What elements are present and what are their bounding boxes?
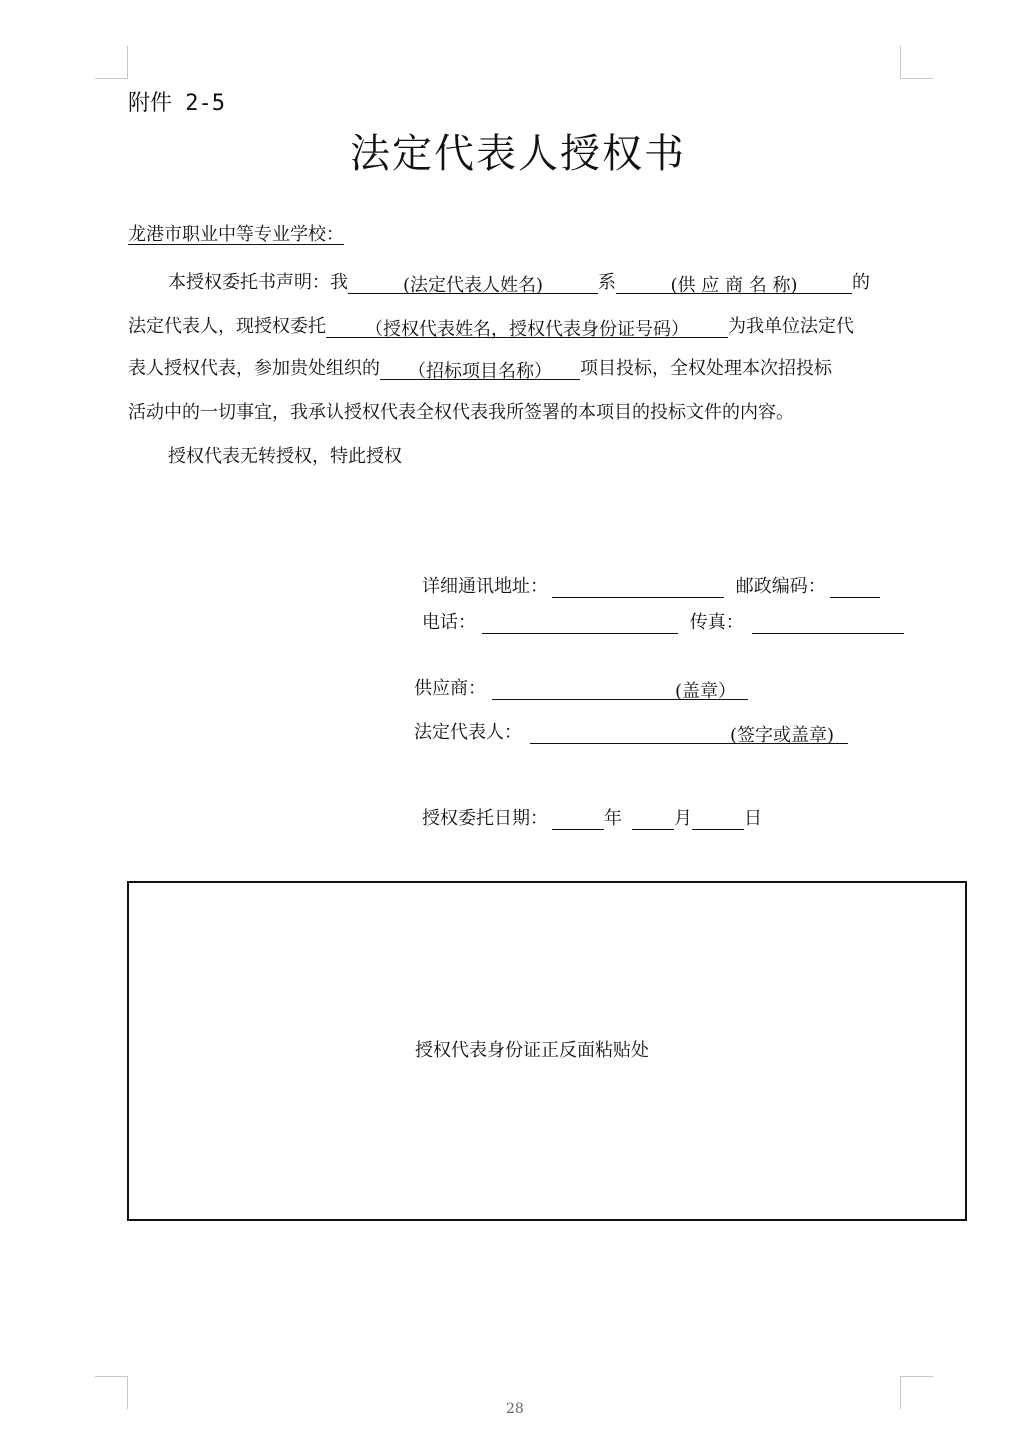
fax-label: 传真：: [690, 612, 744, 633]
fax-field[interactable]: [752, 611, 904, 634]
legal-rep-sign-note: (签字或盖章): [730, 725, 834, 746]
addressee: 龙港市职业中等专业学校：: [128, 220, 344, 246]
phone-label: 电话：: [422, 612, 476, 633]
supplier-name-field[interactable]: (供 应 商 名 称): [616, 271, 852, 294]
crop-mark-top-left-v: [127, 46, 128, 78]
supplier-row: 供应商：(盖章）: [414, 674, 748, 700]
body-line-4: 活动中的一切事宜，我承认授权代表全权代表我所签署的本项目的投标文件的内容。: [128, 398, 794, 424]
supplier-label: 供应商：: [414, 678, 486, 699]
crop-mark-top-left-h: [95, 78, 128, 79]
body-line-1: 本授权委托书声明：我(法定代表人姓名)系(供 应 商 名 称)的: [168, 268, 870, 294]
date-row: 授权委托日期：年月日: [422, 804, 762, 830]
supplier-seal-note: (盖章）: [675, 681, 736, 702]
address-label: 详细通讯地址：: [422, 576, 548, 597]
legal-rep-sign-field[interactable]: (签字或盖章): [530, 721, 848, 744]
day-field[interactable]: [692, 807, 744, 830]
address-field[interactable]: [552, 575, 724, 598]
attachment-label: 附件 2-5: [128, 86, 225, 117]
body-line-3: 表人授权代表，参加贵处组织的（招标项目名称）项目投标，全权处理本次招投标: [128, 354, 832, 380]
project-name-field[interactable]: （招标项目名称）: [380, 357, 580, 380]
date-label: 授权委托日期：: [422, 808, 548, 829]
postcode-label: 邮政编码：: [736, 576, 826, 597]
supplier-name-hint: (供 应 商 名 称): [671, 275, 798, 296]
p1-prefix: 本授权委托书声明：我: [168, 272, 348, 293]
crop-mark-bottom-left-h: [95, 1376, 128, 1377]
crop-mark-bottom-left-v: [127, 1376, 128, 1409]
body-line-5: 授权代表无转授权，特此授权: [168, 442, 402, 468]
id-card-paste-label: 授权代表身份证正反面粘贴处: [415, 1036, 649, 1062]
page-title: 法定代表人授权书: [350, 122, 686, 179]
legal-rep-name-field[interactable]: (法定代表人姓名): [348, 271, 598, 294]
year-label: 年: [604, 808, 622, 829]
authorized-rep-hint: （授权代表姓名，授权代表身份证号码）: [365, 319, 689, 340]
p1-mid: 系: [598, 272, 616, 293]
supplier-seal-field[interactable]: (盖章）: [492, 677, 748, 700]
page-number: 28: [506, 1401, 524, 1417]
crop-mark-top-right-v: [900, 46, 901, 78]
phone-row: 电话： 传真：: [422, 608, 904, 634]
phone-field[interactable]: [482, 611, 678, 634]
year-field[interactable]: [552, 807, 604, 830]
month-label: 月: [674, 808, 692, 829]
authorized-rep-field[interactable]: （授权代表姓名，授权代表身份证号码）: [326, 315, 728, 338]
body-line-2: 法定代表人，现授权委托（授权代表姓名，授权代表身份证号码）为我单位法定代: [128, 312, 854, 338]
p3-prefix: 表人授权代表，参加贵处组织的: [128, 358, 380, 379]
month-field[interactable]: [632, 807, 674, 830]
p2-suffix: 为我单位法定代: [728, 316, 854, 337]
legal-rep-label: 法定代表人：: [414, 722, 522, 743]
address-row: 详细通讯地址： 邮政编码：: [422, 572, 880, 598]
p3-suffix: 项目投标，全权处理本次招投标: [580, 358, 832, 379]
crop-mark-top-right-h: [900, 78, 933, 79]
project-name-hint: （招标项目名称）: [408, 361, 552, 382]
p2-prefix: 法定代表人，现授权委托: [128, 316, 326, 337]
legal-rep-name-hint: (法定代表人姓名): [403, 275, 543, 296]
p1-suffix: 的: [852, 272, 870, 293]
crop-mark-bottom-right-v: [900, 1376, 901, 1409]
crop-mark-bottom-right-h: [900, 1376, 933, 1377]
day-label: 日: [744, 808, 762, 829]
legal-rep-row: 法定代表人：(签字或盖章): [414, 718, 848, 744]
postcode-field[interactable]: [830, 575, 880, 598]
